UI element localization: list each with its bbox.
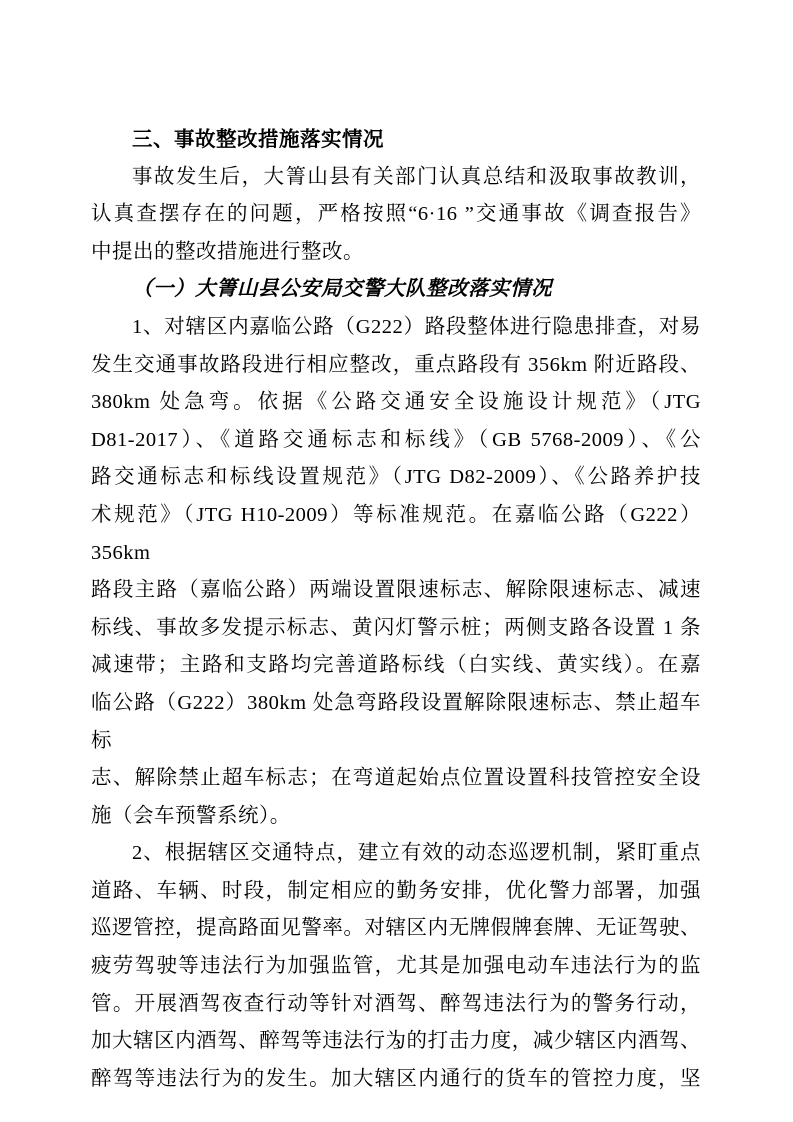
text-line: 事故发生后，大箐山县有关部门认真总结和汲取事故教训， (91, 159, 701, 197)
text-line: 醉驾等违法行为的发生。加大辖区内通行的货车的管控力度，坚 (91, 1061, 701, 1099)
text-line: 施（会车预警系统）。 (91, 798, 701, 836)
paragraph: 事故发生后，大箐山县有关部门认真总结和汲取事故教训，认真查摆存在的问题，严格按照… (91, 159, 701, 272)
text-line: 术规范》（JTG H10-2009）等标准规范。在嘉临公路（G222）356km (91, 497, 701, 572)
text-line: 380km 处急弯。依据《公路交通安全设施设计规范》（JTG (91, 384, 701, 422)
text-line: 发生交通事故路段进行相应整改，重点路段有 356km 附近路段、 (91, 347, 701, 385)
text-line: 标线、事故多发提示标志、黄闪灯警示桩；两侧支路各设置 1 条 (91, 610, 701, 648)
paragraph: （一）大箐山县公安局交警大队整改落实情况 (91, 271, 701, 309)
text-line: 2、根据辖区交通特点，建立有效的动态巡逻机制，紧盯重点 (91, 835, 701, 873)
document-page: 三、事故整改措施落实情况事故发生后，大箐山县有关部门认真总结和汲取事故教训，认真… (0, 0, 793, 1122)
paragraph: 三、事故整改措施落实情况 (91, 121, 701, 159)
text-line: 减速带；主路和支路均完善道路标线（白实线、黄实线）。在嘉 (91, 647, 701, 685)
text-line: （一）大箐山县公安局交警大队整改落实情况 (91, 271, 701, 309)
paragraph: 1、对辖区内嘉临公路（G222）路段整体进行隐患排查，对易发生交通事故路段进行相… (91, 309, 701, 835)
text-line: D81-2017）、《道路交通标志和标线》（GB 5768-2009）、《公 (91, 422, 701, 460)
text-line: 路段主路（嘉临公路）两端设置限速标志、解除限速标志、减速 (91, 572, 701, 610)
text-line: 三、事故整改措施落实情况 (91, 121, 701, 159)
text-line: 1、对辖区内嘉临公路（G222）路段整体进行隐患排查，对易 (91, 309, 701, 347)
text-line: 路交通标志和标线设置规范》（JTG D82-2009）、《公路养护技 (91, 459, 701, 497)
document-body: 三、事故整改措施落实情况事故发生后，大箐山县有关部门认真总结和汲取事故教训，认真… (91, 121, 701, 1098)
text-line: 认真查摆存在的问题，严格按照“6·16 ”交通事故《调查报告》 (91, 196, 701, 234)
text-line: 巡逻管控，提高路面见警率。对辖区内无牌假牌套牌、无证驾驶、 (91, 910, 701, 948)
paragraph: 2、根据辖区交通特点，建立有效的动态巡逻机制，紧盯重点道路、车辆、时段，制定相应… (91, 835, 701, 1098)
text-line: 管。开展酒驾夜查行动等针对酒驾、醉驾违法行为的警务行动， (91, 986, 701, 1024)
page-number: 3 (0, 1036, 793, 1056)
text-line: 中提出的整改措施进行整改。 (91, 234, 701, 272)
text-line: 临公路（G222）380km 处急弯路段设置解除限速标志、禁止超车标 (91, 685, 701, 760)
text-line: 道路、车辆、时段，制定相应的勤务安排，优化警力部署，加强 (91, 873, 701, 911)
text-line: 疲劳驾驶等违法行为加强监管，尤其是加强电动车违法行为的监 (91, 948, 701, 986)
text-line: 志、解除禁止超车标志；在弯道起始点位置设置科技管控安全设 (91, 760, 701, 798)
